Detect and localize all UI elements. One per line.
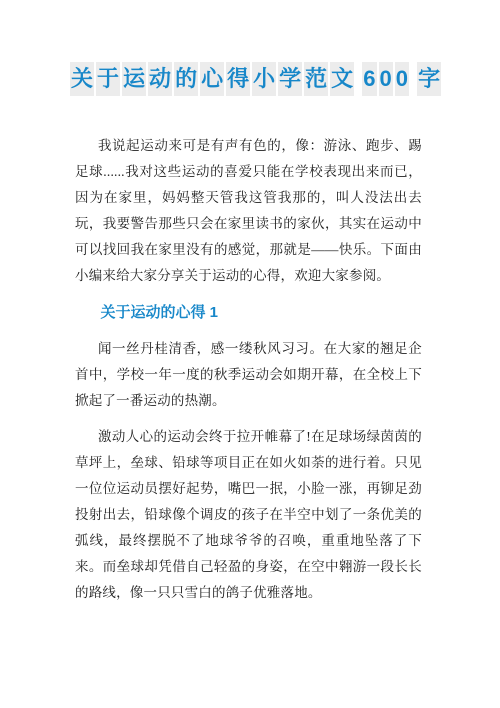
section-paragraph-1: 闻一丝丹桂清香，感一缕秋风习习。在大家的翘足企首中，学校一年一度的秋季运动会如期… bbox=[75, 336, 422, 414]
intro-paragraph: 我说起运动来可是有声有色的，像：游泳、跑步、踢足球......我对这些运动的喜爱… bbox=[75, 133, 422, 289]
section-heading: 关于运动的心得 1 bbox=[75, 300, 422, 326]
document-page: 关于运动的心得小学范文 600 字 我说起运动来可是有声有色的，像：游泳、跑步、… bbox=[0, 0, 500, 708]
document-title: 关于运动的心得小学范文 600 字 bbox=[69, 62, 428, 96]
section-paragraph-2: 激动人心的运动会终于拉开帷幕了!在足球场绿茵茵的草坪上，垒球、铅球等项目正在如火… bbox=[75, 424, 422, 606]
